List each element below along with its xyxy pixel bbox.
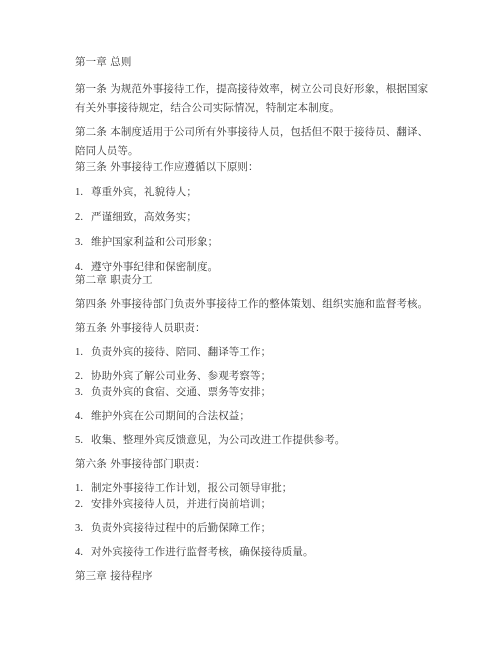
dept-duty-item: 2.安排外宾接待人员，并进行岗前培训；	[75, 496, 271, 513]
list-text: 负责外宾的接待、陪同、翻译等工作；	[91, 346, 271, 358]
staff-duty-item: 2.协助外宾了解公司业务、参观考察等；	[75, 368, 271, 385]
list-number: 2.	[75, 369, 91, 385]
list-number: 2.	[75, 210, 91, 226]
staff-duty-item: 1.负责外宾的接待、陪同、翻译等工作；	[75, 344, 271, 361]
article-3: 第三条 外事接待工作应遵循以下原则：	[75, 159, 259, 175]
staff-duty-item: 5.收集、整理外宾反馈意见，为公司改进工作提供参考。	[75, 432, 345, 449]
chapter-2-heading: 第二章 职责分工	[75, 272, 153, 288]
list-number: 4.	[75, 545, 91, 561]
list-number: 5.	[75, 433, 91, 449]
list-text: 维护国家利益和公司形象；	[91, 236, 218, 248]
chapter-3-heading: 第三章 接待程序	[75, 568, 153, 584]
dept-duty-item: 4.对外宾接待工作进行监督考核，确保接待质量。	[75, 544, 314, 561]
list-number: 3.	[75, 235, 91, 251]
list-text: 协助外宾了解公司业务、参观考察等；	[91, 370, 271, 382]
article-4: 第四条 外事接待部门负责外事接待工作的整体策划、组织实施和监督考核。	[75, 296, 428, 312]
list-number: 1.	[75, 481, 91, 497]
article-5: 第五条 外事接待人员职责：	[75, 320, 206, 336]
principle-item: 1.尊重外宾，礼貌待人；	[75, 184, 197, 201]
list-text: 制定外事接待工作计划，报公司领导审批；	[91, 482, 292, 494]
list-number: 2.	[75, 497, 91, 513]
list-number: 3.	[75, 521, 91, 537]
list-text: 安排外宾接待人员，并进行岗前培训；	[91, 498, 271, 510]
list-text: 严谨细致，高效务实；	[91, 211, 197, 223]
chapter-1-heading: 第一章 总则	[75, 54, 131, 70]
dept-duty-item: 1.制定外事接待工作计划，报公司领导审批；	[75, 480, 292, 497]
list-text: 负责外宾的食宿、交通、票务等安排；	[91, 386, 271, 398]
list-text: 收集、整理外宾反馈意见，为公司改进工作提供参考。	[91, 434, 345, 446]
staff-duty-item: 4.维护外宾在公司期间的合法权益；	[75, 408, 250, 425]
list-number: 1.	[75, 345, 91, 361]
article-1: 第一条 为规范外事接待工作，提高接待效率，树立公司良好形象，根据国家有关外事接待…	[75, 80, 435, 118]
staff-duty-item: 3.负责外宾的食宿、交通、票务等安排；	[75, 384, 271, 401]
list-number: 3.	[75, 385, 91, 401]
list-text: 负责外宾接待过程中的后勤保障工作；	[91, 522, 271, 534]
list-number: 4.	[75, 409, 91, 425]
list-text: 对外宾接待工作进行监督考核，确保接待质量。	[91, 546, 314, 558]
article-6: 第六条 外事接待部门职责：	[75, 456, 206, 472]
list-number: 1.	[75, 185, 91, 201]
article-2: 第二条 本制度适用于公司所有外事接待人员，包括但不限于接待员、翻译、陪同人员等。	[75, 123, 435, 161]
dept-duty-item: 3.负责外宾接待过程中的后勤保障工作；	[75, 520, 271, 537]
list-text: 尊重外宾，礼貌待人；	[91, 186, 197, 198]
list-text: 维护外宾在公司期间的合法权益；	[91, 410, 250, 422]
principle-item: 3.维护国家利益和公司形象；	[75, 234, 218, 251]
principle-item: 2.严谨细致，高效务实；	[75, 209, 197, 226]
